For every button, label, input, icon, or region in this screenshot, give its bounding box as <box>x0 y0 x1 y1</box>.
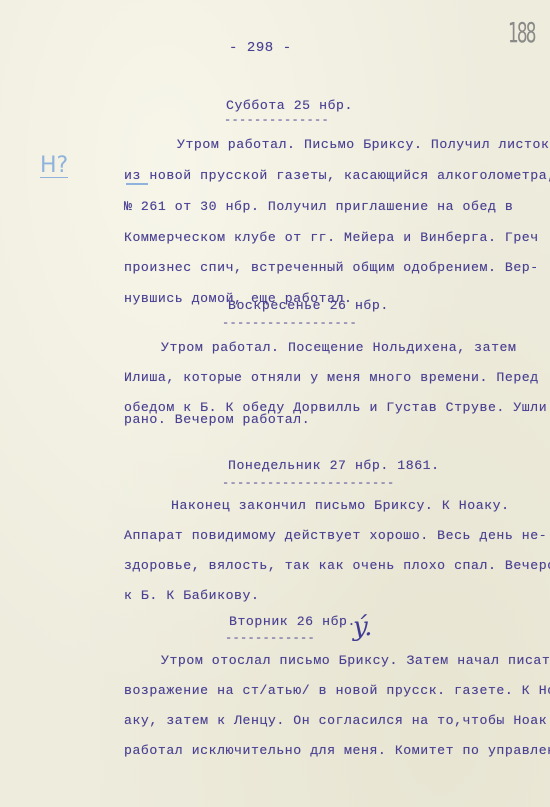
text-line: № 261 от 30 нбр. Получил приглашение на … <box>124 199 513 214</box>
heading-underline: ------------ <box>225 633 315 643</box>
text-line: Наконец закончил письмо Бриксу. К Ноаку. <box>171 498 510 513</box>
margin-underline <box>126 183 148 185</box>
text-line: произнес спич, встреченный общим одобрен… <box>124 260 539 275</box>
entry-heading-sunday: Воскресенье 26 нбр. <box>228 298 389 313</box>
handwritten-mark: ý. <box>353 612 373 642</box>
text-line: к Б. К Бабикову. <box>124 588 259 603</box>
text-line: работал исключительно для меня. Комитет … <box>124 743 550 758</box>
text-line: Утром работал. Посещение Нольдихена, зат… <box>161 340 516 355</box>
heading-underline: ----------------------- <box>222 478 395 488</box>
text-line: Илиша, которые отняли у меня много време… <box>124 370 539 385</box>
heading-underline: ------------------ <box>222 318 357 328</box>
entry-heading-monday: Понедельник 27 нбр. 1861. <box>228 458 440 473</box>
entry-heading-saturday: Суббота 25 нбр. <box>226 98 353 113</box>
archive-folio-number: 188 <box>508 16 535 49</box>
entry-heading-tuesday: Вторник 26 нбр. <box>229 614 356 629</box>
heading-underline: -------------- <box>224 115 329 125</box>
document-page: 188 Н? - 298 - Суббота 25 нбр. ---------… <box>0 0 550 807</box>
margin-note: Н? <box>40 155 68 178</box>
text-line: Утром работал. Письмо Бриксу. Получил ли… <box>177 137 549 152</box>
text-line: из новой прусской газеты, касающийся алк… <box>124 168 550 183</box>
text-line: Утром отослал письмо Бриксу. Затем начал… <box>161 653 550 668</box>
text-line: аку, затем к Ленцу. Он согласился на то,… <box>124 713 547 728</box>
text-line: здоровье, вялость, так как очень плохо с… <box>124 558 550 573</box>
text-line: рано. Вечером работал. <box>124 412 310 427</box>
text-line: Коммерческом клубе от гг. Мейера и Винбе… <box>124 230 539 245</box>
page-number: - 298 - <box>229 40 292 56</box>
text-line: Аппарат повидимому действует хорошо. Вес… <box>124 528 547 543</box>
text-line: возражение на ст/атью/ в новой прусск. г… <box>124 683 550 698</box>
